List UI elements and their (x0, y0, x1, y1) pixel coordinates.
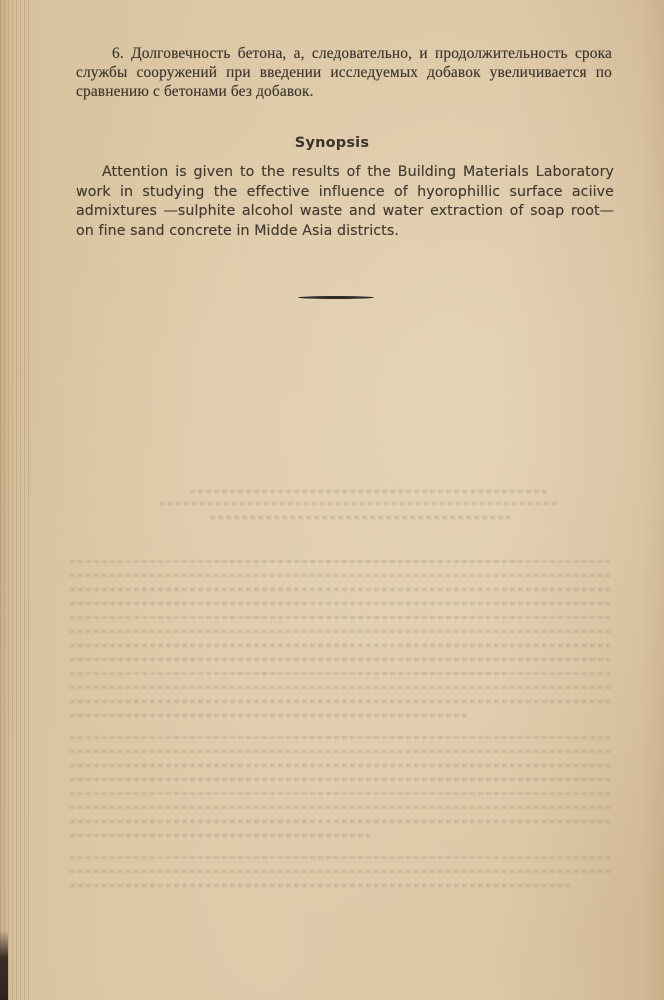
show-through-line (70, 658, 610, 661)
show-through-line (70, 806, 610, 809)
show-through-line (70, 574, 610, 577)
show-through-line (70, 700, 610, 703)
show-through-line (70, 672, 610, 675)
synopsis-heading: Synopsis (0, 135, 664, 151)
show-through-line (70, 778, 610, 781)
show-through-line (210, 516, 510, 519)
show-through-line (70, 714, 470, 717)
scanned-page: 6. Долговечность бетона, а, следовательн… (0, 0, 664, 1000)
show-through-line (70, 870, 610, 873)
show-through-line (70, 588, 610, 591)
show-through-line (70, 884, 570, 887)
show-through-line (70, 630, 610, 633)
show-through-line (70, 764, 610, 767)
show-through-line (160, 502, 560, 505)
scan-shadow (0, 930, 8, 1000)
conclusion-paragraph: 6. Долговечность бетона, а, следовательн… (76, 44, 612, 101)
show-through-line (70, 560, 610, 563)
show-through-line (70, 602, 610, 605)
show-through-line (70, 750, 610, 753)
show-through-line (70, 736, 610, 739)
show-through-line (70, 856, 610, 859)
show-through-line (70, 792, 610, 795)
section-divider (298, 296, 374, 299)
show-through-line (70, 834, 370, 837)
show-through-line (190, 490, 550, 493)
show-through-line (70, 644, 610, 647)
show-through-line (70, 616, 610, 619)
synopsis-paragraph: Attention is given to the results of the… (76, 163, 614, 241)
show-through-line (70, 820, 610, 823)
show-through-line (70, 686, 610, 689)
